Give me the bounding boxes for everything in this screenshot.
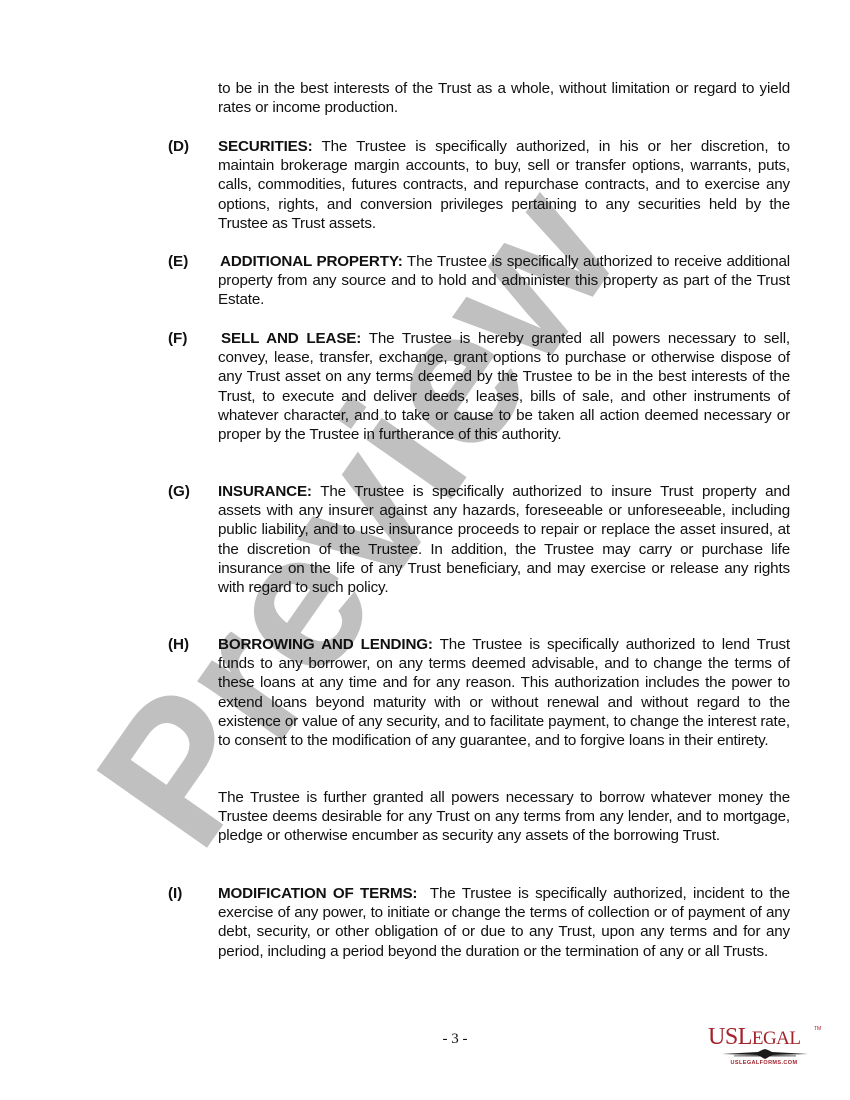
item-heading: SECURITIES:	[218, 138, 313, 155]
item-heading: BORROWING AND LENDING:	[218, 636, 433, 653]
item-heading: ADDITIONAL PROPERTY:	[218, 253, 403, 270]
eagle-icon	[720, 1049, 810, 1059]
item-heading: SELL AND LEASE:	[218, 330, 361, 347]
item-heading: INSURANCE:	[218, 483, 312, 500]
item-securities: SECURITIES: The Trustee is specifically …	[218, 137, 790, 233]
item-heading: MODIFICATION OF TERMS:	[218, 885, 417, 902]
item-label-e: (E)	[168, 252, 188, 271]
trademark-mark: TM	[814, 1026, 821, 1032]
item-label-h: (H)	[168, 635, 189, 654]
logo-url: USLEGALFORMS.COM	[724, 1060, 804, 1066]
item-label-f: (F)	[168, 329, 187, 348]
item-label-g: (G)	[168, 482, 190, 501]
item-borrowing-and-lending: BORROWING AND LENDING: The Trustee is sp…	[218, 635, 790, 750]
uslegal-logo[interactable]: USLEGAL TM USLEGALFORMS.COM	[706, 1025, 822, 1069]
item-insurance: INSURANCE: The Trustee is specifically a…	[218, 482, 790, 597]
item-borrowing-extra-paragraph: The Trustee is further granted all power…	[218, 788, 790, 846]
continuation-paragraph: to be in the best interests of the Trust…	[218, 79, 790, 117]
item-label-i: (I)	[168, 884, 182, 903]
logo-wordmark: USLEGAL	[708, 1025, 801, 1051]
item-label-d: (D)	[168, 137, 189, 156]
document-page: Preview to be in the best interests of t…	[0, 0, 850, 1100]
item-modification-of-terms: MODIFICATION OF TERMS: The Trustee is sp…	[218, 884, 790, 961]
item-additional-property: ADDITIONAL PROPERTY: The Trustee is spec…	[218, 252, 790, 310]
item-sell-and-lease: SELL AND LEASE: The Trustee is hereby gr…	[218, 329, 790, 444]
